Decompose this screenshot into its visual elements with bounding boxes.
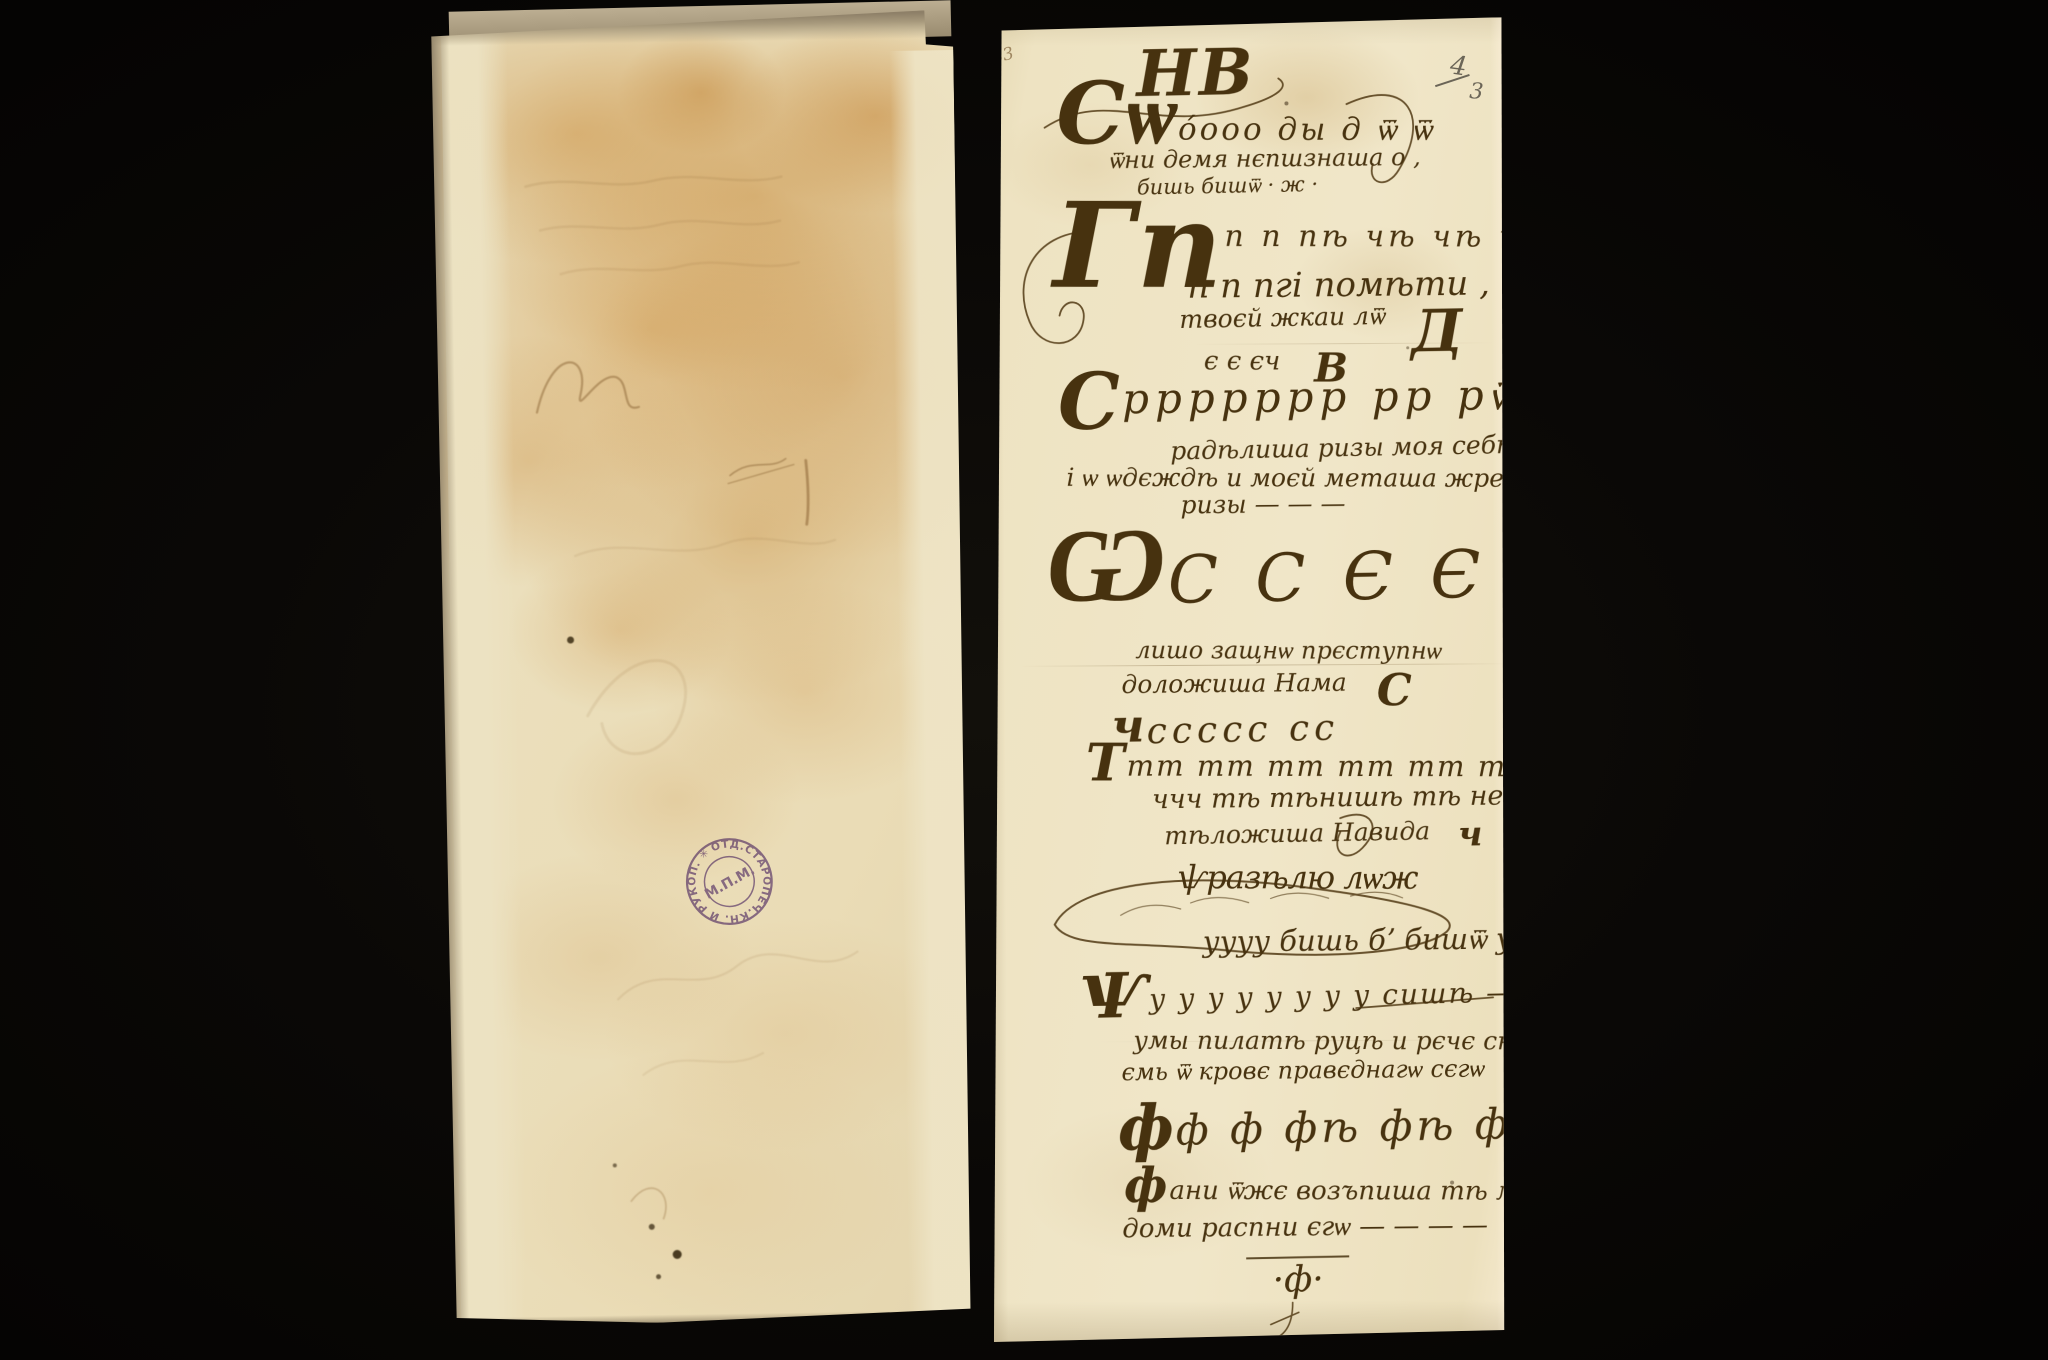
manuscript-line: лишо защнѡ прєступнѡ — [1135, 638, 1442, 663]
manuscript-line: Сѡо́ооо ды д ѿ ѿ — [1056, 80, 1435, 148]
manuscript-line: доми распни єгѡ — — — — — [1122, 1212, 1488, 1242]
manuscript-line: уууу бишь бʼ бишѿ у — [1203, 924, 1513, 956]
photograph-stage: ОТД.СТАРОПЕЧ.КН. И РУКОП. ✳ М.П.М. 83 4 … — [0, 0, 2048, 1360]
manuscript-line: ємь ѿ кровє правєднагѡ сєгѡ — [1121, 1056, 1485, 1084]
manuscript-line: фани ѿжє возъпиша тѣ ми — [1124, 1168, 1534, 1206]
manuscript-line: фф ф фѣ фѣ фєтѣ — [1117, 1095, 1624, 1153]
manuscript-line: і ѡ ѡдєждѣ и моєй меташа жребия — [1066, 465, 1552, 491]
manuscript-line: Ттт тт тт тт тт тть тѣв — [1086, 744, 1642, 786]
manuscript-line: ччч тѣ тѣнишѣ тѣ несу б — [1152, 782, 1559, 813]
manuscript-end-mark: ·ф· — [1246, 1255, 1350, 1299]
right-page: 83 4 3 НВ Сѡо́ооо ды д ѿ ѿ — [986, 17, 1510, 1342]
manuscript-line: ѱразѣлю лѡж — [1178, 861, 1417, 893]
manuscript-line: ѿни демя нєпшзнаша о , — [1109, 145, 1421, 172]
manuscript-line: ѠС С Є Є дыч. ч. — [1046, 512, 1688, 616]
manuscript-line: умы пилатѣ руцѣ и рєчє снитѣ — [1133, 1028, 1575, 1054]
manuscript-line: радѣлиша ризы моя себѣ — [1170, 432, 1518, 464]
manuscript-line: тѣложиша Навидач — [1164, 817, 1483, 857]
manuscript-line: Ѱу у у у у у у у сишѣ ——— — [1079, 963, 1577, 1021]
left-page: ОТД.СТАРОПЕЧ.КН. И РУКОП. ✳ М.П.М. — [427, 10, 973, 1326]
manuscript-line: ризы — — — — [1180, 491, 1345, 518]
manuscript-line: Сррррррр рр рѿ ь — [1058, 368, 1571, 434]
bleedthrough-ghost-writing — [427, 10, 974, 1330]
